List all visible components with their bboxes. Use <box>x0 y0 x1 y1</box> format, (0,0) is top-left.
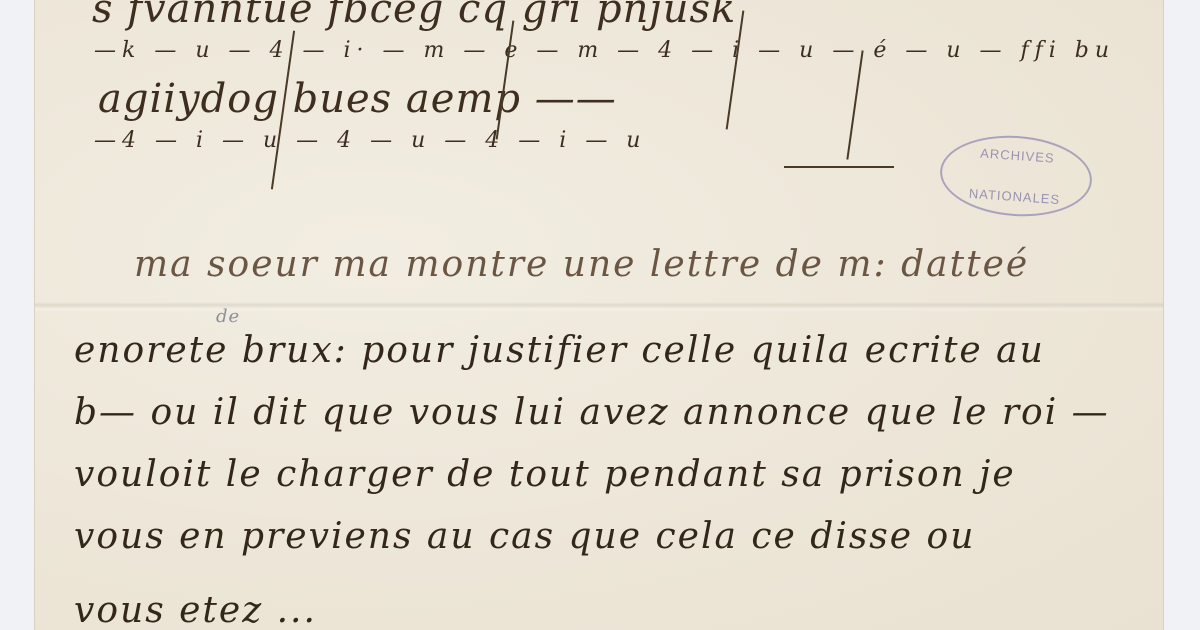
cipher-divider <box>846 50 863 159</box>
cipher-line-2: agiiydog bues aemp —— <box>98 76 617 122</box>
manuscript-page: s fvanntue fbceg cq gri pnjusk —k — u — … <box>34 0 1164 630</box>
prose-line-3: b— ou il dit que vous lui avez annonce q… <box>74 392 1110 433</box>
prose-line-2: enorete brux: pour justifier celle quila… <box>74 330 1045 371</box>
prose-line-1: ma soeur ma montre une lettre de m: datt… <box>134 244 1029 285</box>
prose-line-6: vous etez ... <box>74 590 317 630</box>
stamp-bottom-text: NATIONALES <box>940 184 1089 209</box>
cipher-end-rule <box>784 166 894 168</box>
cipher-sub-line-1: —k — u — 4 — i· — m — e — m — 4 — i — u … <box>94 38 1115 63</box>
interlinear-correction: de <box>216 306 240 327</box>
prose-line-4: vouloit le charger de tout pendant sa pr… <box>74 454 1016 495</box>
cipher-line-1: s fvanntue fbceg cq gri pnjusk <box>92 0 736 32</box>
stamp-top-text: ARCHIVES <box>943 143 1092 168</box>
archives-nationales-stamp: ARCHIVES NATIONALES <box>937 131 1094 221</box>
prose-line-5: vous en previens au cas que cela ce diss… <box>74 516 975 557</box>
cipher-sub-line-2: —4 — i — u — 4 — u — 4 — i — u <box>94 128 646 153</box>
